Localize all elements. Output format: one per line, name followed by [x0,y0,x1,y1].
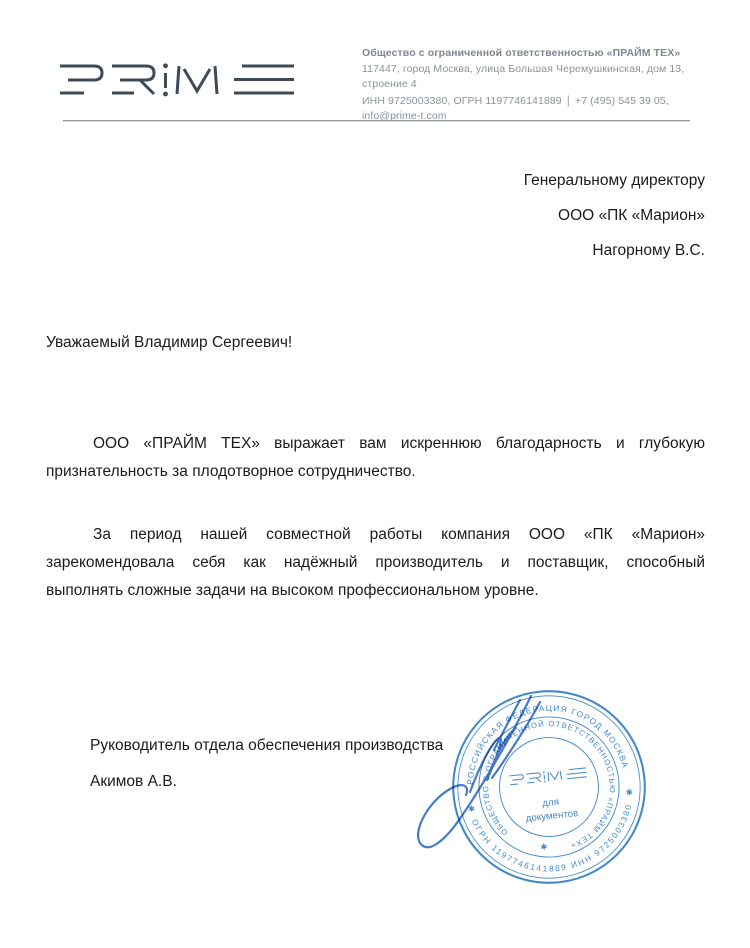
paragraph-line: признательность за плодотворное сотрудни… [46,458,705,486]
company-requisites: ИНН 9725003380, ОГРН 1197746141889 [362,95,562,107]
header-divider [63,120,690,122]
body-paragraph: За период нашей совместной работы компан… [46,521,705,605]
company-info: Общество с ограниченной ответственностью… [362,46,697,125]
stamp-star-right: ✱ [625,787,633,798]
company-name: Общество с ограниченной ответственностью… [362,46,697,62]
recipient-block: Генеральному директору ООО «ПК «Марион» … [524,163,705,268]
company-address: 117447, город Москва, улица Большая Чере… [362,62,697,93]
divider-pipe: | [562,93,575,107]
paragraph-line: ООО «ПРАЙМ ТЕХ» выражает вам искреннюю б… [46,430,705,458]
prime-logo-icon [58,62,295,97]
paragraph-line: За период нашей совместной работы компан… [46,521,705,549]
salutation: Уважаемый Владимир Сергеевич! [46,334,292,352]
signer-position: Руководитель отдела обеспечения производ… [90,735,443,757]
recipient-line: Нагорному В.С. [524,233,705,268]
paragraph-line: зарекомендовала себя как надёжный произв… [46,549,705,577]
letter-page: Общество с ограниченной ответственностью… [0,0,750,948]
signer-name: Акимов А.В. [90,771,443,793]
body-paragraph: ООО «ПРАЙМ ТЕХ» выражает вам искреннюю б… [46,430,705,486]
recipient-line: ООО «ПК «Марион» [524,198,705,233]
paragraph-line: выполнять сложные задачи на высоком проф… [46,577,705,605]
signature-block: Руководитель отдела обеспечения производ… [90,735,443,793]
handwritten-signature [398,668,568,888]
recipient-line: Генеральному директору [524,163,705,198]
